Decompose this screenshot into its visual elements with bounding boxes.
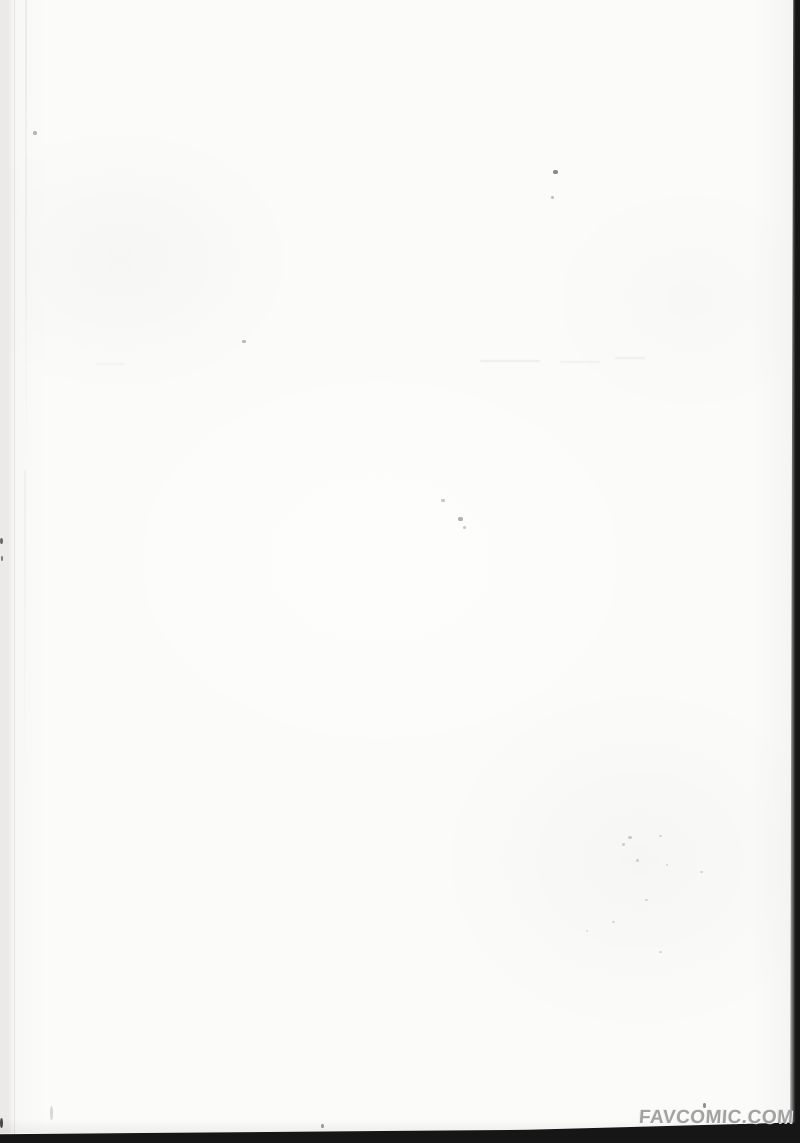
paper-speck xyxy=(458,517,463,521)
faint-streak xyxy=(560,361,600,363)
paper-speck xyxy=(1,556,3,561)
paper-speck xyxy=(612,921,615,923)
paper-speck xyxy=(0,1118,3,1128)
binding-crease-line xyxy=(25,0,27,470)
comic-page-scan[interactable]: FAVCOMIC.COM xyxy=(0,0,800,1143)
faint-streak xyxy=(95,363,125,365)
paper-speck xyxy=(659,835,662,837)
paper-speck xyxy=(636,859,639,862)
paper-speck xyxy=(628,836,632,839)
paper-speck xyxy=(50,1106,53,1120)
paper-speck xyxy=(242,340,246,343)
paper-speck xyxy=(622,843,625,846)
paper-speck xyxy=(586,930,588,932)
paper-speck xyxy=(441,499,445,502)
left-gutter-strip xyxy=(0,0,15,1143)
paper-speck xyxy=(33,131,37,135)
paper-speck xyxy=(645,899,648,901)
paper-speck xyxy=(463,526,466,529)
favcomic-watermark: FAVCOMIC.COM xyxy=(638,1107,794,1129)
paper-speck xyxy=(553,170,558,174)
paper-speck xyxy=(0,538,3,544)
faint-streak xyxy=(480,360,540,362)
paper-speck xyxy=(659,951,662,953)
paper-speck xyxy=(700,871,703,873)
paper-surface xyxy=(0,0,800,1143)
binding-crease-line-lower xyxy=(24,470,26,800)
paper-speck xyxy=(666,864,668,866)
faint-streak xyxy=(615,357,645,359)
paper-speck xyxy=(551,196,554,199)
paper-speck xyxy=(321,1124,324,1128)
